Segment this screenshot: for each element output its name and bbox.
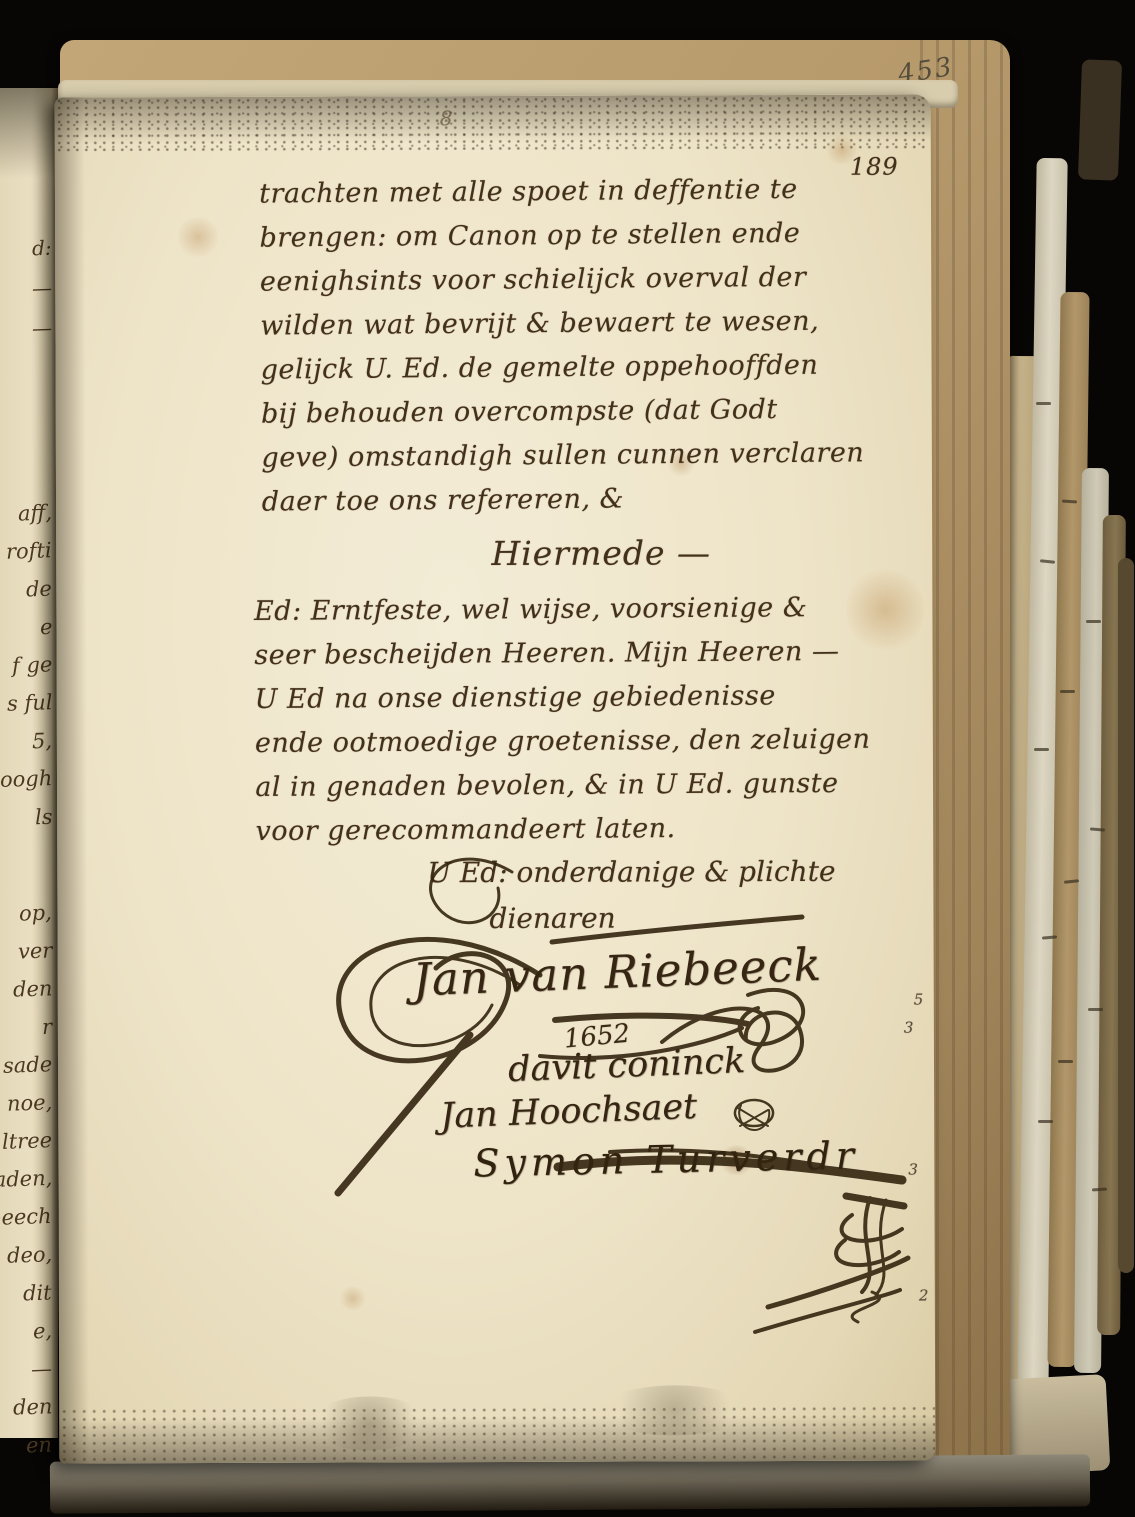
body-line: Ed: Erntfeste, wel wijse, voorsienige &: [254, 585, 944, 634]
facing-page-sliver: d: — — aff, rofti de e f ge s ful 5, oog…: [0, 88, 58, 1438]
body-line: eenighsints voor schielijck overval der: [260, 255, 940, 305]
body-line: daer toe ons refereren, &: [262, 475, 942, 525]
edge-tick-mark: [1034, 748, 1049, 751]
text-fragment: dit: [23, 1280, 52, 1307]
text-fragment: aff,: [17, 499, 52, 526]
body-line: ende ootmoedige groetenisse, den zeluige…: [255, 717, 945, 766]
valediction-line: U Ed: onderdanige & plichte: [427, 855, 835, 889]
text-fragment: deo,: [6, 1241, 52, 1269]
text-fragment: oogh: [0, 765, 52, 793]
signature-jan-hoochsaet: Jan Hoochsaet: [439, 1087, 697, 1137]
text-fragment: d:: [32, 236, 52, 261]
text-fragment: den: [12, 975, 52, 1002]
edge-tick-mark: [1060, 690, 1075, 693]
text-fragment: e,: [32, 1318, 52, 1345]
edge-tick-mark: [1058, 1060, 1073, 1063]
stain: [175, 217, 221, 257]
text-fragment: e: [39, 614, 52, 640]
signature-davit-coninck: davit coninck: [507, 1041, 746, 1090]
body-line: voor gerecommandeert laten.: [255, 805, 945, 854]
body-line: geve) omstandigh sullen cunnen verclaren: [261, 431, 941, 481]
body-line: U Ed na onse dienstige gebiedenisse: [254, 673, 944, 722]
body-line: trachten met alle spoet in deffentie te: [259, 167, 939, 217]
edge-tick-mark: [1036, 402, 1051, 405]
body-line: bij behouden overcompste (dat Godt: [261, 387, 941, 437]
text-fragment: ver: [17, 937, 52, 964]
book-bottom-edge: [50, 1454, 1090, 1513]
page-dirt-edge: [55, 94, 931, 151]
text-fragment: —: [32, 316, 53, 341]
page-edge-strip: [1118, 558, 1134, 1273]
text-fragment: ltree: [1, 1127, 52, 1155]
facing-page-fragments-top: d: — —: [32, 236, 52, 340]
page-smudge: [0, 88, 58, 178]
facing-page-fragments-lower: op, ver den r sade noe, ltree laden, bee…: [0, 900, 52, 1458]
margin-digit: 5: [914, 991, 924, 1009]
top-edge-mark: 8: [440, 106, 453, 130]
text-fragment: den: [12, 1393, 52, 1420]
body-line: seer bescheijden Heeren. Mijn Heeren —: [254, 629, 944, 678]
text-fragment: beech: [0, 1203, 52, 1231]
closing-paragraph: Ed: Erntfeste, wel wijse, voorsienige & …: [254, 585, 946, 854]
text-fragment: —: [32, 276, 53, 301]
text-fragment: s ful: [6, 689, 52, 717]
text-fragment: laden,: [0, 1165, 52, 1193]
body-line: wilden wat bevrijt & bewaert te wesen,: [260, 299, 940, 349]
page-edge-strip: [1078, 59, 1122, 180]
signature-jan-van-riebeeck: Jan van Riebeeck: [412, 938, 823, 1007]
margin-digit: 3: [908, 1161, 918, 1179]
text-fragment: en: [26, 1432, 53, 1459]
stain: [339, 1286, 367, 1310]
body-line: al in genaden bevolen, & in U Ed. gunste: [255, 761, 945, 810]
salutation-heading: Hiermede —: [261, 532, 941, 573]
signature-symon-turver: Symon Turverdr: [473, 1133, 859, 1185]
edge-tick-mark: [1086, 620, 1101, 623]
margin-digit: 2: [919, 1286, 929, 1304]
text-fragment: de: [26, 576, 53, 603]
text-fragment: rofti: [6, 537, 52, 565]
text-fragment: ls: [34, 804, 52, 831]
body-line: brengen: om Canon op te stellen ende: [259, 211, 939, 261]
text-fragment: f ge: [11, 651, 52, 678]
text-fragment: —: [31, 1356, 53, 1383]
facing-page-fragments-upper: aff, rofti de e f ge s ful 5, oogh ls: [0, 500, 52, 830]
valediction-line: dienaren: [489, 902, 615, 935]
text-fragment: 5,: [32, 728, 53, 755]
gutter-shadow: [55, 97, 90, 1463]
page-dirt-edge: [59, 1404, 935, 1463]
text-fragment: sade: [2, 1051, 52, 1079]
body-line: gelijck U. Ed. de gemelte oppehooffden: [261, 343, 941, 393]
text-fragment: op,: [19, 899, 53, 926]
margin-digit: 3: [904, 1019, 914, 1037]
edge-tick-mark: [1038, 1120, 1053, 1123]
edge-tick-mark: [1088, 1008, 1103, 1011]
manuscript-photo: 453 d: — — aff, rofti de e f ge s ful 5,…: [0, 0, 1135, 1517]
manuscript-page: 189 8 trachten met alle spoet in deffent…: [55, 94, 936, 1463]
text-fragment: r: [42, 1014, 53, 1040]
text-fragment: noe,: [6, 1089, 52, 1117]
body-paragraph: trachten met alle spoet in deffentie te …: [259, 167, 942, 525]
